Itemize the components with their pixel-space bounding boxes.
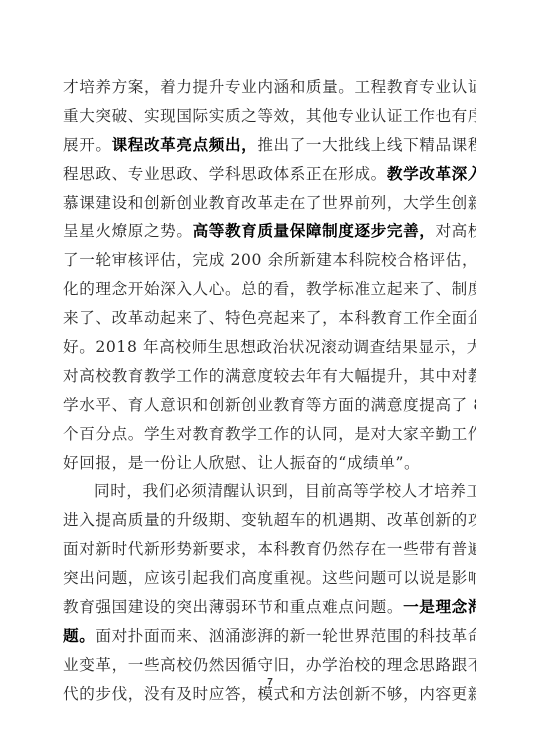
text-segment: 面对扑面而来、汹涌澎湃的新一轮世界范围的科技革命和产 bbox=[95, 627, 476, 645]
text-segment: 推出了一大批线上线下精品课程，课 bbox=[257, 136, 476, 154]
text-line: 慕课建设和创新创业教育改革走在了世界前列，大学生创新创业 bbox=[63, 189, 476, 218]
text-segment: 对高校开展 bbox=[435, 222, 476, 240]
text-line: 展开。课程改革亮点频出，推出了一大批线上线下精品课程，课 bbox=[63, 131, 476, 160]
text-line: 业变革，一些高校仍然因循守旧，办学治校的理念思路跟不上时 bbox=[63, 651, 476, 680]
page-number: 7 bbox=[264, 677, 276, 688]
text-segment: 对高校教育教学工作的满意度较去年有大幅提升，其中对教师教 bbox=[63, 367, 476, 385]
bold-heading-text: 高等教育质量保障制度逐步完善， bbox=[193, 222, 436, 240]
text-segment: 同时，我们必须清醒认识到，目前高等学校人才培养工作已 bbox=[94, 482, 476, 500]
text-line: 个百分点。学生对教育教学工作的认同，是对大家辛勤工作的最 bbox=[63, 420, 476, 449]
text-segment: 好。2018 年高校师生思想政治状况滚动调查结果显示，大学生 bbox=[63, 338, 476, 356]
text-segment: 个百分点。学生对教育教学工作的认同，是对大家辛勤工作的最 bbox=[63, 425, 476, 443]
text-segment: 重大突破、实现国际实质之等效，其他专业认证工作也有序全面 bbox=[63, 107, 476, 125]
bold-heading-text: 教学改革深入推进， bbox=[387, 165, 476, 183]
text-segment: 面对新时代新形势新要求，本科教育仍然存在一些带有普遍性的 bbox=[63, 540, 476, 558]
text-segment: 程思政、专业思政、学科思政体系正在形成。 bbox=[63, 165, 387, 183]
text-line: 好。2018 年高校师生思想政治状况滚动调查结果显示，大学生 bbox=[63, 333, 476, 362]
text-line: 好回报，是一份让人欣慰、让人振奋的“成绩单”。 bbox=[63, 449, 476, 478]
text-segment: 学水平、育人意识和创新创业教育等方面的满意度提高了 8-10 bbox=[63, 396, 476, 414]
text-line: 学水平、育人意识和创新创业教育等方面的满意度提高了 8-10 bbox=[63, 391, 476, 420]
bold-heading-text: 一是理念滞后问 bbox=[403, 598, 476, 616]
text-segment: 了一轮审核评估，完成 200 余所新建本科院校合格评估，质量文 bbox=[63, 251, 476, 269]
text-line: 对高校教育教学工作的满意度较去年有大幅提升，其中对教师教 bbox=[63, 362, 476, 391]
body-text: 才培养方案，着力提升专业内涵和质量。工程教育专业认证取得重大突破、实现国际实质之… bbox=[63, 73, 476, 709]
text-line: 同时，我们必须清醒认识到，目前高等学校人才培养工作已 bbox=[63, 477, 476, 506]
text-line: 突出问题，应该引起我们高度重视。这些问题可以说是影响高等 bbox=[63, 564, 476, 593]
text-segment: 化的理念开始深入人心。总的看，教学标准立起来了、制度建起 bbox=[63, 280, 476, 298]
text-segment: 教育强国建设的突出薄弱环节和重点难点问题。 bbox=[63, 598, 403, 616]
text-segment: 业变革，一些高校仍然因循守旧，办学治校的理念思路跟不上时 bbox=[63, 656, 476, 674]
text-line: 面对新时代新形势新要求，本科教育仍然存在一些带有普遍性的 bbox=[63, 535, 476, 564]
document-page: 才培养方案，着力提升专业内涵和质量。工程教育专业认证取得重大突破、实现国际实质之… bbox=[0, 0, 540, 729]
text-line: 重大突破、实现国际实质之等效，其他专业认证工作也有序全面 bbox=[63, 102, 476, 131]
text-line: 程思政、专业思政、学科思政体系正在形成。教学改革深入推进， bbox=[63, 160, 476, 189]
text-line: 教育强国建设的突出薄弱环节和重点难点问题。一是理念滞后问 bbox=[63, 593, 476, 622]
text-segment: 突出问题，应该引起我们高度重视。这些问题可以说是影响高等 bbox=[63, 569, 476, 587]
bold-heading-text: 课程改革亮点频出， bbox=[112, 136, 258, 154]
text-segment: 进入提高质量的升级期、变轨超车的机遇期、改革创新的攻坚期。 bbox=[63, 511, 476, 529]
text-segment: 好回报，是一份让人欣慰、让人振奋的“成绩单”。 bbox=[63, 454, 420, 472]
text-line: 呈星火燎原之势。高等教育质量保障制度逐步完善，对高校开展 bbox=[63, 217, 476, 246]
text-segment: 展开。 bbox=[63, 136, 112, 154]
text-line: 进入提高质量的升级期、变轨超车的机遇期、改革创新的攻坚期。 bbox=[63, 506, 476, 535]
bold-heading-text: 题。 bbox=[63, 627, 95, 645]
text-segment: 呈星火燎原之势。 bbox=[63, 222, 193, 240]
text-line: 题。面对扑面而来、汹涌澎湃的新一轮世界范围的科技革命和产 bbox=[63, 622, 476, 651]
text-segment: 慕课建设和创新创业教育改革走在了世界前列，大学生创新创业 bbox=[63, 194, 476, 212]
text-line: 了一轮审核评估，完成 200 余所新建本科院校合格评估，质量文 bbox=[63, 246, 476, 275]
text-line: 才培养方案，着力提升专业内涵和质量。工程教育专业认证取得 bbox=[63, 73, 476, 102]
text-segment: 来了、改革动起来了、特色亮起来了，本科教育工作全面企稳向 bbox=[63, 309, 476, 327]
text-segment: 才培养方案，着力提升专业内涵和质量。工程教育专业认证取得 bbox=[63, 78, 476, 96]
text-line: 来了、改革动起来了、特色亮起来了，本科教育工作全面企稳向 bbox=[63, 304, 476, 333]
text-line: 化的理念开始深入人心。总的看，教学标准立起来了、制度建起 bbox=[63, 275, 476, 304]
